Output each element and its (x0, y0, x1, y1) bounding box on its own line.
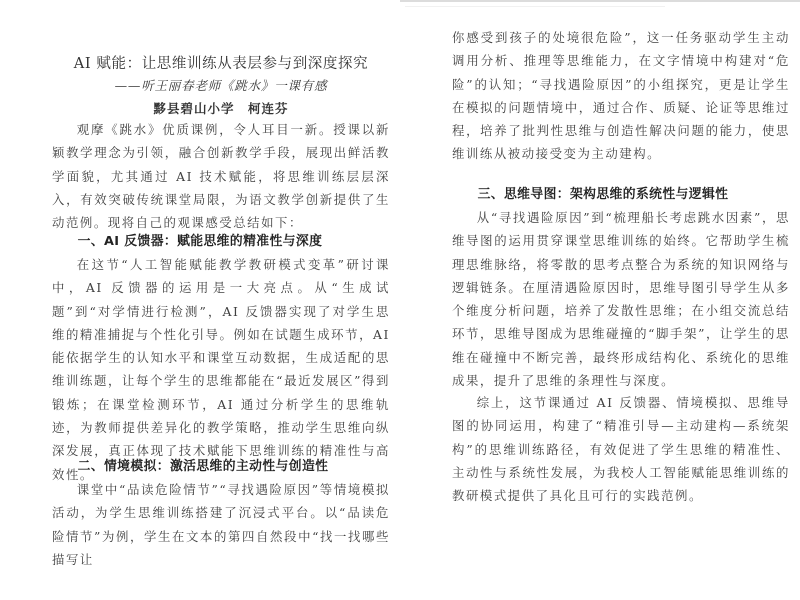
document-title: AI 赋能：让思维训练从表层参与到深度探究 (52, 52, 390, 73)
intro-paragraph: 观摩《跳水》优质课例，令人耳目一新。授课以新颖教学理念为引领，融合创新教学手段，… (52, 118, 390, 234)
section-2-paragraph-continued: 你感受到孩子的处境很危险”，这一任务驱动学生主动调用分析、推理等思维能力，在文字… (452, 26, 790, 166)
conclusion-paragraph: 综上，这节课通过 AI 反馈器、情境模拟、思维导图的协同运用，构建了“精准引导—… (452, 391, 790, 507)
document-author: 黟县碧山小学 柯连芬 (52, 99, 390, 117)
section-2-heading: 二、情境模拟：激活思维的主动性与创造性 (52, 457, 390, 477)
section-1-heading: 一、AI 反馈器：赋能思维的精准性与深度 (52, 232, 390, 252)
section-2-paragraph-start: 课堂中“品读危险情节”“寻找遇险原因”等情境模拟活动，为学生思维训练搭建了沉浸式… (52, 478, 390, 571)
left-page: AI 赋能：让思维训练从表层参与到深度探究 ——听王丽春老师《跳水》一课有感 黟… (52, 0, 390, 600)
section-3-paragraph: 从“寻找遇险原因”到“梳理船长考虑跳水因素”，思维导图的运用贯穿课堂思维训练的始… (452, 206, 790, 392)
right-page: 你感受到孩子的处境很危险”，这一任务驱动学生主动调用分析、推理等思维能力，在文字… (452, 0, 790, 600)
section-1-paragraph: 在这节“人工智能赋能教学教研模式变革”研讨课中，AI 反馈器的运用是一大亮点。从… (52, 253, 390, 486)
document-subtitle: ——听王丽春老师《跳水》一课有感 (52, 76, 390, 94)
section-3-heading: 三、思维导图：架构思维的系统性与逻辑性 (452, 185, 790, 205)
